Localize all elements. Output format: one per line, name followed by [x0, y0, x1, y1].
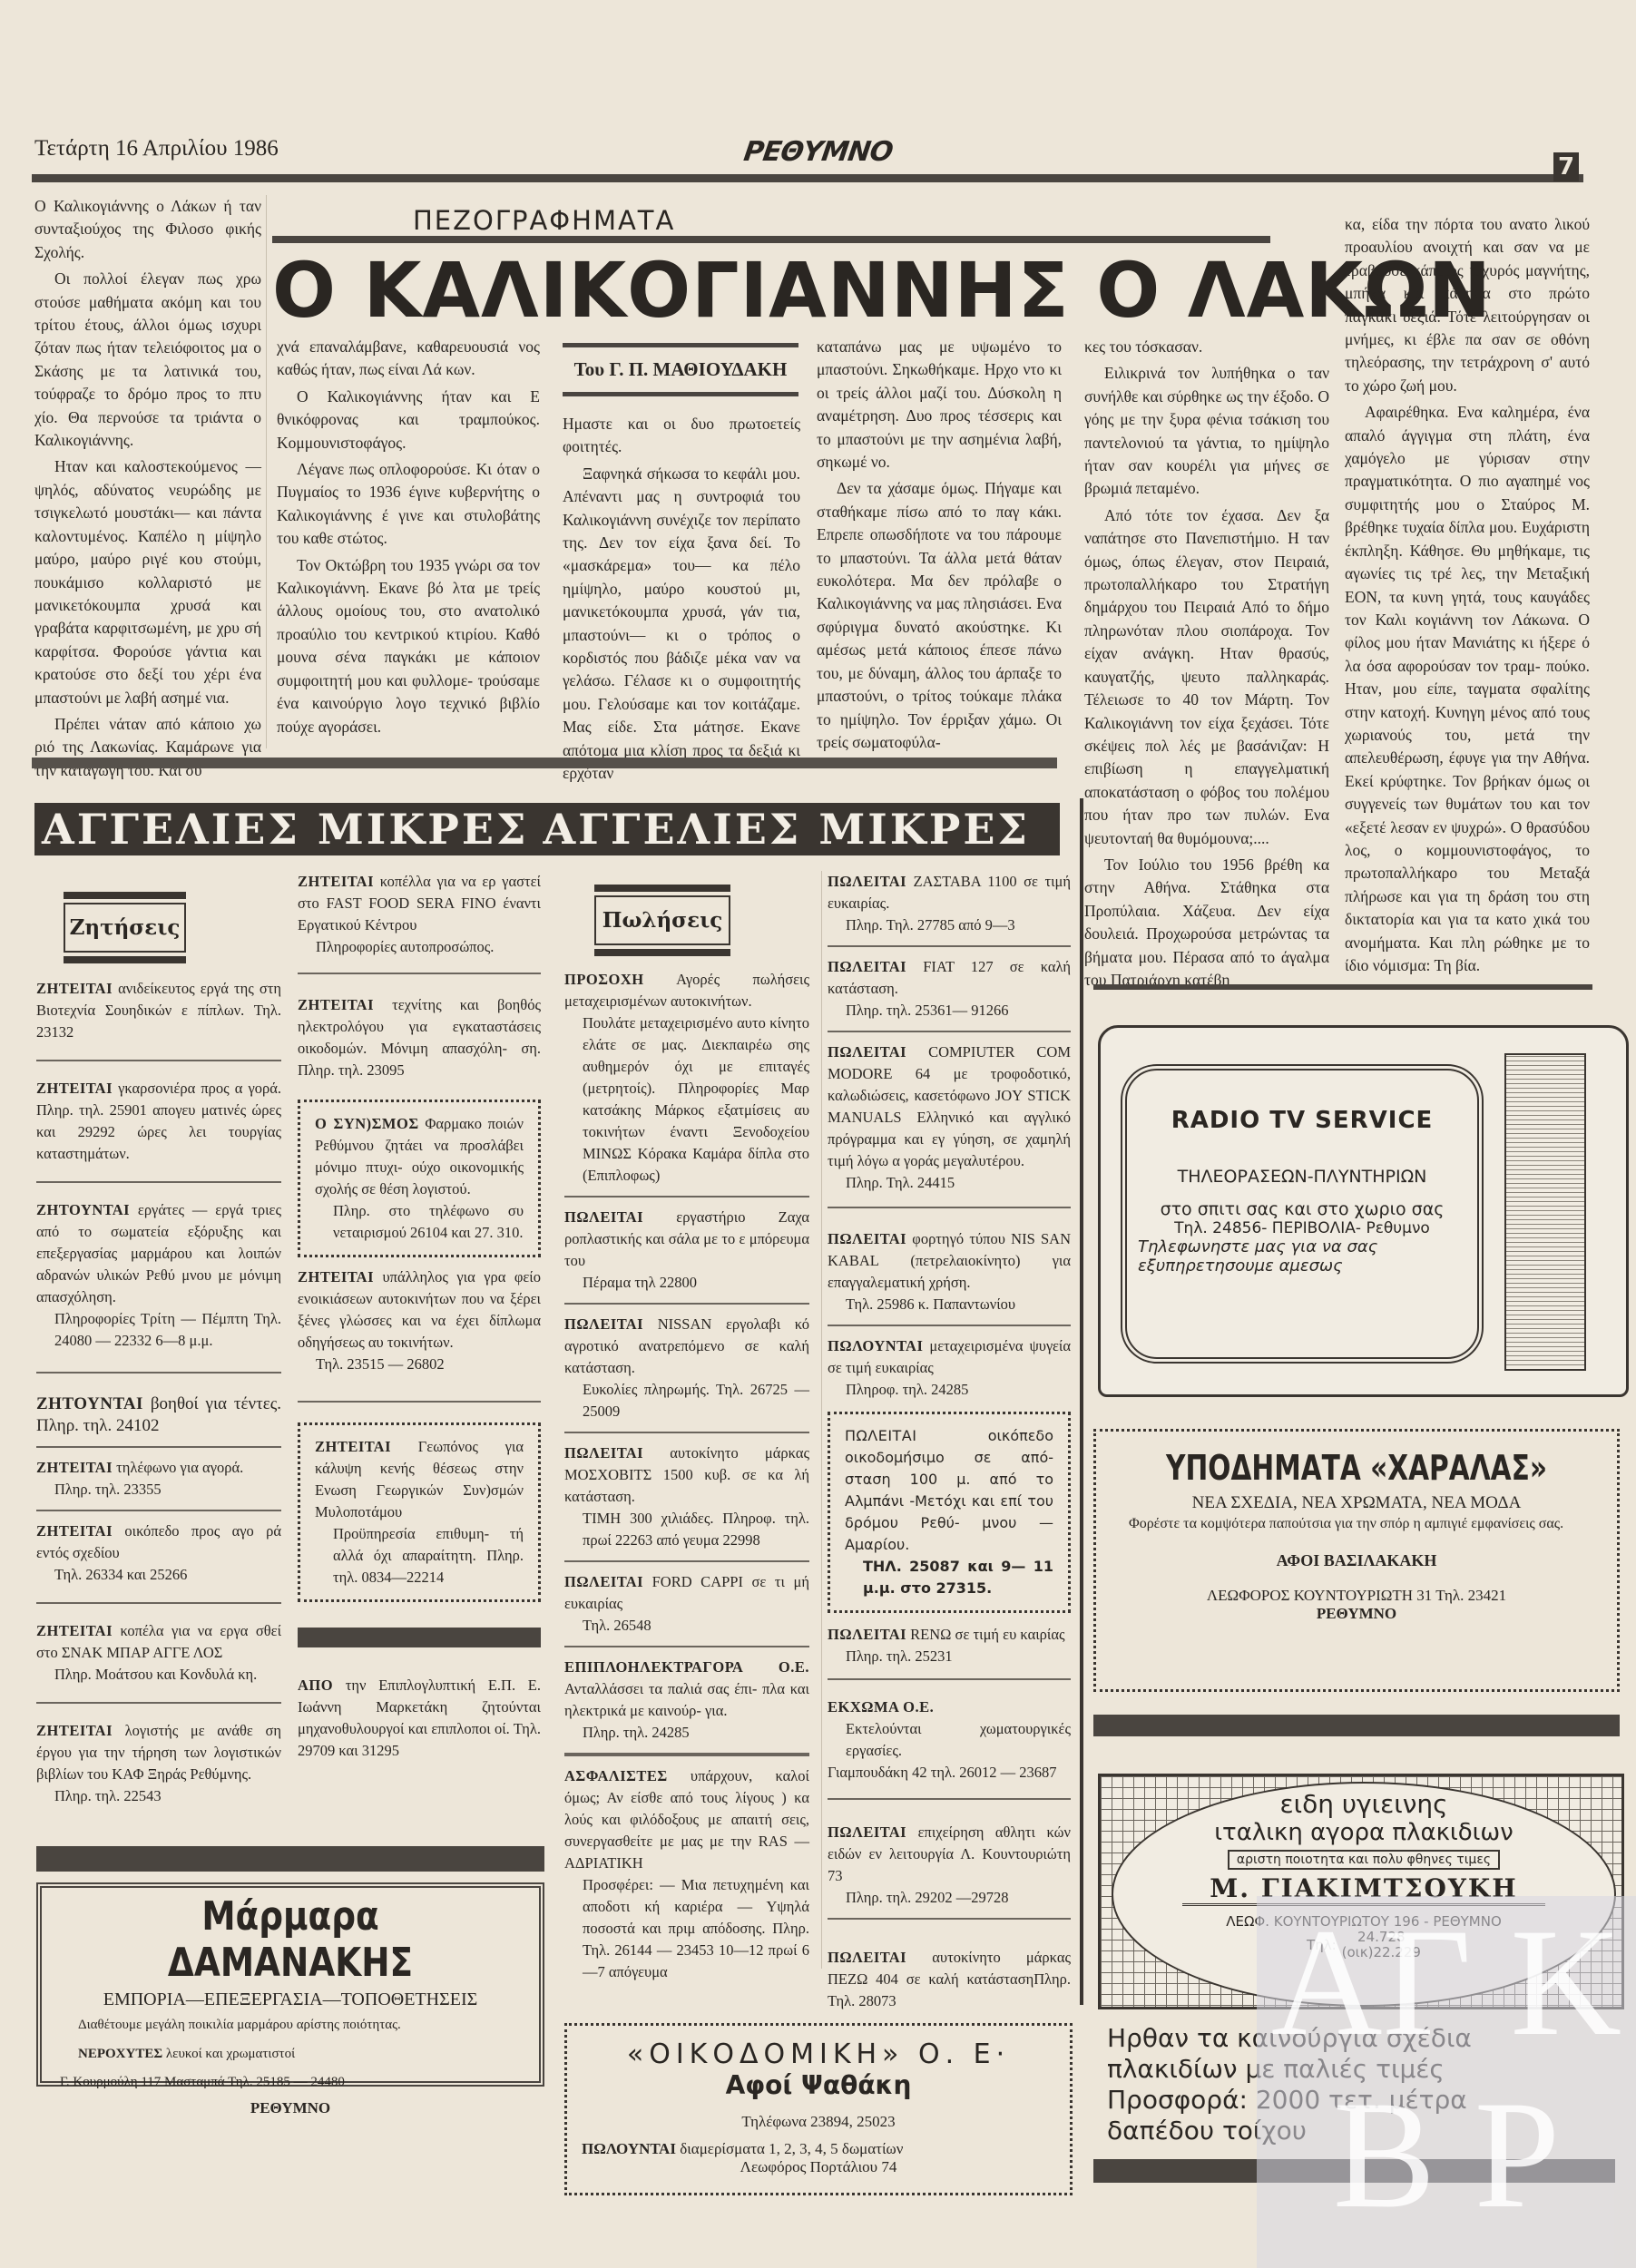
ad-text: Εκτελούνται χωματουργικές εργασίες. [828, 1718, 1071, 1762]
article-headline: Ο ΚΑΛΙΚΟΓΙΑΝΝΗΣ Ο ΛΑΚΩΝ [272, 245, 1492, 336]
classified-ad: ΠΡΟΣΟΧΗ Αγορές πωλήσεις μεταχειρισμένων … [564, 969, 809, 1187]
classified-ad: ΠΩΛΕΙΤΑΙ RENΩ σε τιμή ευ καιρίαςΠληρ. τη… [828, 1624, 1071, 1667]
section-kicker: ΠΕΖΟΓΡΑΦΗΜΑΤΑ [413, 205, 675, 236]
ad-contact: Πληρ. Τηλ. 27785 από 9—3 [828, 914, 1071, 936]
ad-lead: ΑΣΦΑΛΙΣΤΕΣ [564, 1767, 668, 1784]
ad-lead: ΑΠΟ [298, 1677, 333, 1694]
column-divider [266, 195, 267, 748]
ad-charalas-shoes: ΥΠΟΔΗΜΑΤΑ «ΧΑΡΑΛΑΣ» ΝΕΑ ΣΧΕΔΙΑ, ΝΕΑ ΧΡΩΜ… [1093, 1429, 1620, 1692]
ad-subtitle: ΕΜΠΟΡΙΑ—ΕΠΕΞΕΡΓΑΣΙΑ—ΤΟΠΟΘΕΤΗΣΕΙΣ [60, 1989, 521, 2010]
ad-contact: Πληροφ. τηλ. 24285 [828, 1379, 1071, 1401]
ad-lead: ΖΗΤΕΙΤΑΙ [298, 1268, 374, 1286]
ad-title: Μάρμαρα ΔΑΜΑΝΑΚΗΣ [94, 1893, 486, 1986]
ad-divider [564, 1303, 809, 1305]
boxed-ad-pharmacists: Ο ΣΥΝ)ΣΜΟΣ Φαρμακο ποιών Ρεθύμνου ζητάει… [298, 1100, 541, 1257]
classifieds-banner: ΑΓΓΕΛΙΕΣ ΜΙΚΡΕΣΑΓΓΕΛΙΕΣ ΜΙΚΡΕΣ [34, 803, 1060, 855]
ad-contact: Πληρ. τηλ. 25231 [828, 1646, 1071, 1667]
ad-divider [36, 1702, 281, 1704]
classified-ad: ΠΩΛΟΥΝΤΑΙ μεταχειρισμένα ψυγεία σε τιμή … [828, 1335, 1071, 1401]
ad-contact: Τηλ. 25986 κ. Παπαντωνίου [828, 1294, 1071, 1315]
ad-lead: ΕΠΙΠΛΟΗΛΕΚΤΡΑΓΟΡΑ Ο.Ε. [564, 1658, 809, 1676]
ad-damanakis-marble: Μάρμαρα ΔΑΜΑΝΑΚΗΣ ΕΜΠΟΡΙΑ—ΕΠΕΞΕΡΓΑΣΙΑ—ΤΟ… [36, 1882, 544, 2087]
classified-ad: ΖΗΤΕΙΤΑΙ κοπέλλα για να ερ γαστεί στο FA… [298, 871, 541, 958]
ad-divider [36, 1060, 281, 1061]
paragraph: Ημαστε και οι δυο πρωτοετείς φοιτητές. [563, 413, 800, 459]
wanted-column-2: ΖΗΤΕΙΤΑΙ κοπέλλα για να ερ γαστεί στο FA… [298, 871, 541, 1762]
ad-oikodomiki: «ΟΙΚΟΔΟΜΙΚΗ» Ο. Ε· Αφοί Ψαθάκη Τηλέφωνα … [564, 2023, 1073, 2195]
classified-ad: ΠΩΛΕΙΤΑΙ COMPIUTER COM MODORE 64 με τροφ… [828, 1041, 1071, 1194]
ad-lead: ΖΗΤΕΙΤΑΙ [298, 873, 374, 890]
ad-divider [564, 1753, 809, 1756]
ad-contact: Πληρ. τηλ. 24285 [564, 1722, 809, 1744]
ad-apartments: ΠΩΛΟΥΝΤΑΙ διαμερίσματα 1, 2, 3, 4, 5 δωμ… [582, 2140, 1055, 2158]
ad-subtitle: Αφοί Ψαθάκη [582, 2070, 1055, 2100]
ad-divider [564, 1560, 809, 1562]
classified-ad: ΕΚΧΩΜΑ Ο.Ε. Εκτελούνται χωματουργικές ερ… [828, 1696, 1071, 1784]
paragraph: Τον Ιούλιο του 1956 βρέθη κα στην Αθήνα.… [1084, 854, 1329, 992]
byline-block: Του Γ. Π. ΜΑΘΙΟΥΔΑΚΗ [563, 343, 798, 396]
section-rule [594, 885, 730, 892]
header-rule [32, 174, 1583, 182]
wanted-column-1: ΖΗΤΕΙΤΑΙ ανιδείκευτος εργά της στη Βιοτε… [36, 978, 281, 1807]
section-rule [64, 892, 186, 899]
ad-line: ειδη υγιεινης [1113, 1789, 1614, 1819]
ad-phones: Τηλέφωνα 23894, 25023 [582, 2113, 1055, 2131]
ad-lead: ΖΗΤΕΙΤΑΙ [36, 1722, 113, 1739]
classified-ad: ΠΩΛΕΙΤΑΙ FIAT 127 σε καλή κατάσταση.Πληρ… [828, 956, 1071, 1022]
ad-line: ΤΗΛΕΟΡΑΣΕΩΝ-ΠΛΥΝΤΗΡΙΩΝ [1138, 1167, 1466, 1187]
ad-lead: ΠΩΛΕΙΤΑΙ [845, 1427, 916, 1444]
classified-ad: ΠΩΛΕΙΤΑΙ ΖΑΣΤΑΒΑ 1100 σε τιμή ευκαιρίας.… [828, 871, 1071, 936]
wanted-section-header: Ζητήσεις [64, 892, 186, 963]
classified-ad: ΖΗΤΕΙΤΑΙ υπάλληλος για γρα φείο ενοικιάσ… [298, 1266, 541, 1375]
tv-speaker-panel-icon [1504, 1053, 1586, 1371]
ad-contact: ΤΗΛ. 25087 και 9— 11 μ.μ. στο 27315. [845, 1556, 1053, 1599]
ad-divider [828, 945, 1071, 947]
ad-divider [36, 1181, 281, 1183]
section-rule [64, 956, 186, 963]
ad-lead: ΖΗΤΕΙΤΑΙ [36, 980, 113, 997]
ad-contact: Τηλ. 23515 — 26802 [298, 1354, 541, 1375]
ad-contact: Πληρ. Μοάτσου και Κονδυλά κη. [36, 1664, 281, 1686]
ad-lead: ΠΩΛΕΙΤΑΙ [564, 1315, 643, 1333]
ad-divider [828, 1207, 1071, 1208]
classified-ad: ΠΩΛΕΙΤΑΙ φορτηγό τύπου NIS SAN KABAL (πε… [828, 1228, 1071, 1315]
ad-lead: ΖΗΤΕΙΤΑΙ [36, 1622, 113, 1639]
byline-rule [563, 392, 798, 396]
ad-contact: Πληρ. τηλ. 29202 —29728 [828, 1887, 1071, 1909]
issue-date: Τετάρτη 16 Απριλίου 1986 [34, 136, 279, 161]
ad-gutters: ΝΕΡΟΧΥΤΕΣ λευκοί και χρωματιστοί [78, 2047, 521, 2062]
paragraph: Οι πολλοί έλεγαν πως χρω στούσε μαθήματα… [34, 268, 261, 452]
paragraph: Ηταν και καλοστεκούμενος — ψηλός, αδύνατ… [34, 455, 261, 709]
paragraph: Ειλικρινά τον λυπήθηκα ο ταν συνήλθε και… [1084, 362, 1329, 500]
ad-lead: ΠΩΛΕΙΤΑΙ [828, 958, 906, 975]
sales-section-header: Πωλήσεις [594, 885, 730, 956]
dark-divider [36, 1846, 544, 1872]
ad-line: Τηλεφωνηστε μας για να σας [1138, 1237, 1466, 1256]
ad-address: Γ. Κουρμούλη 117 Μασταμπά Τηλ. 25185 — 2… [60, 2075, 521, 2090]
boxed-ad-agronomist: ΖΗΤΕΙΤΑΙ Γεωπόνος για κάλυψη κενής θέσεω… [298, 1422, 541, 1602]
article-column-1: Ο Καλικογιάννης ο Λάκων ή ταν συνταξιούχ… [34, 195, 261, 786]
ad-lead: ΠΩΛΕΙΤΑΙ [828, 1230, 906, 1247]
ad-city: ΡΕΘΥΜΝΟ [60, 2099, 521, 2117]
ad-divider [564, 1196, 809, 1198]
ad-title: RADIO TV SERVICE [1138, 1107, 1466, 1134]
section-rule [594, 949, 730, 956]
paragraph: Ο Καλικογιάννης ο Λάκων ή ταν συνταξιούχ… [34, 195, 261, 264]
ad-lead: ΠΡΟΣΟΧΗ [564, 971, 644, 988]
ad-lead: ΖΗΤΕΙΤΑΙ [36, 1522, 113, 1540]
ad-owner: ΑΦΟΙ ΒΑΣΙΛΑΚΑΚΗ [1111, 1551, 1602, 1570]
ad-divider [828, 1918, 1071, 1920]
article-column-2: χνά επαναλάμβανε, καθαρευουσιά νος καθώς… [277, 336, 540, 742]
classified-ad: ΖΗΤΟΥΝΤΑΙ εργάτες — εργά τριες από το σω… [36, 1199, 281, 1352]
ad-divider [298, 1401, 541, 1403]
ad-line: ΝΕΑ ΣΧΕΔΙΑ, ΝΕΑ ΧΡΩΜΑΤΑ, ΝΕΑ ΜΟΔΑ [1111, 1493, 1602, 1513]
ad-text: οικόπεδο οικοδομήσιμο σε από- σταση 100 … [845, 1427, 1053, 1553]
ad-divider [564, 1432, 809, 1433]
ad-lead: Ο ΣΥΝ)ΣΜΟΣ [315, 1115, 419, 1132]
newspaper-masthead: ΡΕΘΥΜΝΟ [742, 136, 895, 168]
article-column-3: Ημαστε και οι δυο πρωτοετείς φοιτητές. Ξ… [563, 413, 800, 789]
classifieds-right-border [1080, 798, 1083, 2005]
paragraph: χνά επαναλάμβανε, καθαρευουσιά νος καθώς… [277, 336, 540, 382]
ad-lead: ΠΩΛΕΙΤΑΙ [828, 1949, 906, 1966]
classified-ad: ΑΠΟ την Επιπλογλυπτική Ε.Π. Ε. Ιωάννη Μα… [298, 1675, 541, 1762]
ad-text: Ανταλλάσσει τα παλιά σας έπι- πλα και ηλ… [564, 1680, 809, 1719]
ad-divider [36, 1446, 281, 1448]
dark-divider [1093, 1715, 1620, 1736]
ad-lead: ΕΚΧΩΜΑ Ο.Ε. [828, 1698, 934, 1716]
ad-contact: Πληρ. τηλ. 25361— 91266 [828, 1000, 1071, 1022]
classified-ad: ΖΗΤΕΙΤΑΙ ανιδείκευτος εργά της στη Βιοτε… [36, 978, 281, 1043]
paragraph: Τον Οκτώβρη του 1935 γνώρι σα τον Καλικο… [277, 554, 540, 738]
archive-watermark-logo: ΑΓ Κ Β Ρ [1257, 1896, 1636, 2268]
banner-text: ΑΓΓΕΛΙΕΣ ΜΙΚΡΕΣ [535, 805, 1036, 854]
ad-divider [828, 1678, 1071, 1680]
boxed-ad-land-plot: ΠΩΛΕΙΤΑΙ οικόπεδο οικοδομήσιμο σε από- σ… [828, 1412, 1071, 1613]
ad-line: στο σπιτι σας και στο χωριο σας [1138, 1199, 1466, 1219]
ad-address: ΛΕΩΦΟΡΟΣ ΚΟΥΝΤΟΥΡΙΩΤΗ 31 Τηλ. 23421 [1111, 1587, 1602, 1605]
classified-ad: ΠΩΛΕΙΤΑΙ NISSAN εργολαβι κό αγροτικό ανα… [564, 1314, 809, 1422]
classified-ad: ΠΩΛΕΙΤΑΙ αυτοκίνητο μάρκας ΜΟΣΧΟΒΙΤΣ 150… [564, 1442, 809, 1551]
ad-text: τηλέφωνο για αγορά. [116, 1459, 243, 1476]
ad-lead: ΖΗΤΕΙΤΑΙ [36, 1459, 113, 1476]
ad-contact: Τηλ. 26548 [564, 1615, 809, 1637]
paragraph: Δεν τα χάσαμε όμως. Πήγαμε και σταθήκαμε… [817, 477, 1062, 754]
ad-lead: ΠΩΛΕΙΤΑΙ [564, 1444, 643, 1461]
ad-phone: Τηλ. 24856- ΠΕΡΙΒΟΛΙΑ- Ρεθυμνο [1138, 1219, 1466, 1237]
ad-lead: ΖΗΤΕΙΤΑΙ [315, 1438, 391, 1455]
article-column-6: κα, είδα την πόρτα του ανατο λικού προαυ… [1345, 213, 1590, 981]
ad-contact: Πληρ. τηλ. 23355 [36, 1479, 281, 1501]
ad-contact: ΤΙΜΗ 300 χιλιάδες. Πληροφ. τηλ. πρωί 222… [564, 1508, 809, 1551]
sales-column-2: ΠΩΛΕΙΤΑΙ ΖΑΣΤΑΒΑ 1100 σε τιμή ευκαιρίας.… [828, 871, 1071, 2012]
ad-contact: Γιαμπουδάκη 42 τηλ. 26012 — 23687 [828, 1764, 1057, 1781]
ad-lead: ΠΩΛΟΥΝΤΑΙ [828, 1337, 923, 1354]
ad-lead: ΠΩΛΕΙΤΑΙ [828, 873, 906, 890]
ad-title: ΥΠΟΔΗΜΑΤΑ «ΧΑΡΑΛΑΣ» [1165, 1448, 1549, 1488]
ad-lead: ΖΗΤΟΥΝΤΑΙ [36, 1201, 130, 1218]
ad-contact: Πληρ. στο τηλέφωνο συ νεταιρισμού 26104 … [315, 1200, 524, 1244]
dark-divider [298, 1628, 541, 1647]
classified-ad: ΖΗΤΕΙΤΑΙ τηλέφωνο για αγορά.Πληρ. τηλ. 2… [36, 1457, 281, 1501]
ad-lead: ΠΩΛΟΥΝΤΑΙ [582, 2140, 676, 2157]
ad-divider [564, 1646, 809, 1647]
paragraph: Ο Καλικογιάννης ήταν και Ε θνικόφρονας κ… [277, 386, 540, 455]
article-column-4: καταπάνω μας με υψωμένο το μπαστούνι. Ση… [817, 336, 1062, 758]
classified-ad: ΕΠΙΠΛΟΗΛΕΚΤΡΑΓΟΡΑ Ο.Ε. Ανταλλάσσει τα πα… [564, 1657, 809, 1744]
ad-title: «ΟΙΚΟΔΟΜΙΚΗ» Ο. Ε· [582, 2038, 1055, 2070]
paragraph: Λέγανε πως οπλοφορούσε. Κι όταν ο Πυγμαί… [277, 458, 540, 551]
ad-contact: Πέραμα τηλ 22800 [564, 1272, 809, 1294]
sales-label: Πωλήσεις [594, 895, 730, 945]
ad-contact: Τηλ. 26334 και 25266 [36, 1564, 281, 1586]
ad-divider [828, 1325, 1071, 1326]
paragraph: Πρέπει νάταν από κάποιο χω ριό της Λακων… [34, 713, 261, 782]
ad-text: COMPIUTER COM MODORE 64 με τροφοδοτικό, … [828, 1043, 1071, 1169]
ad-contact: Πληροφορίες αυτοπροσώπος. [298, 936, 541, 958]
ad-contact: Προϋπηρεσία επιθυμη- τή αλλά όχι απαραίτ… [315, 1523, 524, 1589]
paragraph: Ξαφνηκά σήκωσα το κεφάλι μου. Απέναντι μ… [563, 463, 800, 786]
ad-line: εξυπηρετησουμε αμεσως [1138, 1256, 1466, 1276]
classified-ad: ΠΩΛΕΙΤΑΙ αυτοκίνητο μάρκας ΠΕΖΩ 404 σε κ… [828, 1947, 1071, 2012]
ad-divider [36, 1510, 281, 1511]
paragraph: Από τότε τον έχασα. Δεν ξα ναπάτησε στο … [1084, 504, 1329, 850]
classified-ad: ΖΗΤΕΙΤΑΙ κοπέλα για να εργα σθεί στο ΣΝΑ… [36, 1620, 281, 1686]
classified-ad: ΖΗΤΕΙΤΑΙ γκαρσονιέρα προς α γορά. Πληρ. … [36, 1078, 281, 1165]
ad-lead: ΖΗΤΕΙΤΑΙ [298, 996, 374, 1013]
paragraph: κα, είδα την πόρτα του ανατο λικού προαυ… [1345, 213, 1590, 397]
ad-divider [36, 1372, 281, 1374]
page-number: 7 [1553, 152, 1579, 181]
paragraph: κες του τόσκασαν. [1084, 336, 1329, 358]
classified-ad: ΖΗΤΕΙΤΑΙ οικόπεδο προς αγο ρά εντός σχεδ… [36, 1520, 281, 1586]
ad-text: την Επιπλογλυπτική Ε.Π. Ε. Ιωάννη Μαρκετ… [298, 1677, 541, 1759]
ad-line: ιταλικη αγορα πλακιδιων [1113, 1819, 1614, 1846]
ad-text: διαμερίσματα 1, 2, 3, 4, 5 δωματίων [680, 2140, 903, 2157]
ad-lead: ΠΩΛΕΙΤΑΙ [564, 1208, 643, 1226]
ad-contact: Ευκολίες πληρωμής. Τηλ. 26725 — 25009 [564, 1379, 809, 1422]
classified-ad: ΖΗΤΟΥΝΤΑΙ βοηθοί για τέντες. Πληρ. τηλ. … [36, 1393, 281, 1437]
classified-ad: ΠΩΛΕΙΤΑΙ FORD CAPPI σε τι μή ευκαιρίαςΤη… [564, 1571, 809, 1637]
ad-contact: Προσφέρει: — Μια πετυχημένη και αποδοτι … [564, 1874, 809, 1983]
banner-text: ΑΓΓΕΛΙΕΣ ΜΙΚΡΕΣ [34, 805, 535, 854]
ad-contact: Πουλάτε μεταχειρισμένο αυτο κίνητο ελάτε… [564, 1012, 809, 1187]
ad-divider [828, 1798, 1071, 1800]
ad-lead: ΠΩΛΕΙΤΑΙ [564, 1573, 643, 1590]
ad-address: Λεωφόρος Πορτάλιου 74 [582, 2158, 1055, 2176]
ad-radio-tv-service: RADIO TV SERVICE ΤΗΛΕΟΡΑΣΕΩΝ-ΠΛΥΝΤΗΡΙΩΝ … [1098, 1025, 1629, 1397]
article-column-5: κες του τόσκασαν. Ειλικρινά τον λυπήθηκα… [1084, 336, 1329, 995]
ad-lead: ΠΩΛΕΙΤΑΙ [828, 1043, 906, 1061]
ad-contact: Πληροφορίες Τρίτη — Πέμπτη Τηλ. 24080 — … [36, 1308, 281, 1352]
classified-ad: ΖΗΤΕΙΤΑΙ λογιστής με ανάθε ση έργου για … [36, 1720, 281, 1807]
ad-lead: ΠΩΛΕΙΤΑΙ [828, 1626, 906, 1643]
paragraph: καταπάνω μας με υψωμένο το μπαστούνι. Ση… [817, 336, 1062, 474]
ad-city: ΡΕΘΥΜΝΟ [1111, 1605, 1602, 1623]
watermark-text: Β Ρ [1257, 2068, 1636, 2241]
ad-text: RENΩ σε τιμή ευ καιρίας [910, 1626, 1064, 1643]
ad-tagline: αριστη ποιοτητα και πολυ φθηνες τιμες [1228, 1850, 1500, 1870]
classified-ad: ΖΗΤΕΙΤΑΙ τεχνίτης και βοηθός ηλεκτρολόγο… [298, 994, 541, 1081]
classified-ad: ΠΩΛΕΙΤΑΙ επιχείρηση αθλητι κών ειδών εν … [828, 1822, 1071, 1909]
ad-body: Διαθέτουμε μεγάλη ποικιλία μαρμάρου αρίσ… [60, 2014, 521, 2036]
ad-body: Φορέστε τα κομψότερα παπούτσια για την σ… [1111, 1513, 1602, 1535]
kicker-rule [272, 236, 1270, 243]
ad-contact: Πληρ. τηλ. 22543 [36, 1785, 281, 1807]
ad-lead: ΖΗΤΟΥΝΤΑΙ [36, 1394, 143, 1413]
tv-screen: RADIO TV SERVICE ΤΗΛΕΟΡΑΣΕΩΝ-ΠΛΥΝΤΗΡΙΩΝ … [1121, 1064, 1484, 1364]
column-divider [821, 871, 822, 1969]
classified-ad: ΠΩΛΕΙΤΑΙ εργαστήριο Ζαχα ροπλαστικής και… [564, 1207, 809, 1294]
article-byline: Του Γ. Π. ΜΑΘΙΟΥΔΑΚΗ [563, 347, 798, 392]
ad-lead: ΖΗΤΕΙΤΑΙ [36, 1080, 113, 1097]
paragraph: Αφαιρέθηκα. Ενα καλημέρα, ένα απαλό άγγι… [1345, 401, 1590, 977]
ad-divider [36, 1602, 281, 1604]
ad-divider [828, 1031, 1071, 1032]
article-end-rule [1093, 984, 1592, 990]
ad-lead: ΝΕΡΟΧΥΤΕΣ [78, 2047, 162, 2061]
sales-column-1: ΠΡΟΣΟΧΗ Αγορές πωλήσεις μεταχειρισμένων … [564, 969, 809, 1983]
ad-lead: ΠΩΛΕΙΤΑΙ [828, 1823, 906, 1841]
classified-ad: ΑΣΦΑΛΙΣΤΕΣ υπάρχουν, καλοί όμως; Αν είσθ… [564, 1765, 809, 1983]
classifieds-top-rule [32, 758, 1057, 768]
ad-text: λευκοί και χρωματιστοί [166, 2047, 295, 2061]
ad-divider [298, 973, 541, 974]
wanted-label: Ζητήσεις [64, 903, 186, 953]
ad-contact: Πληρ. Τηλ. 24415 [828, 1172, 1071, 1194]
watermark-text: ΑΓ Κ [1257, 1896, 1636, 2068]
